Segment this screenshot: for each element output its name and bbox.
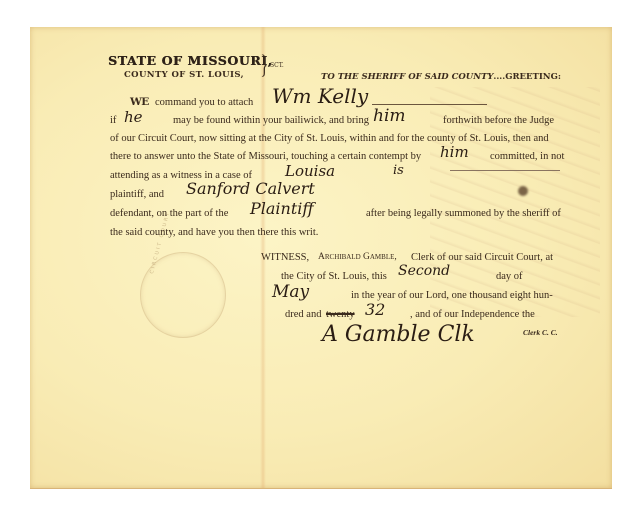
handwritten-plaintiff-name: Louisa xyxy=(285,162,335,180)
handwritten-pronoun-he: he xyxy=(124,108,143,126)
witness-line-4-end: , and of our Independence the xyxy=(410,309,535,320)
clerk-signature: A Gamble Clk xyxy=(322,322,475,347)
brace-glyph: } xyxy=(260,50,267,80)
clerk-title: Clerk C. C. xyxy=(523,328,558,337)
body-line-7: defendant, on the part of the xyxy=(110,208,228,219)
body-line-1: command you to attach xyxy=(155,97,253,108)
body-line-6: plaintiff, and xyxy=(110,189,164,200)
embossed-seal: CIRCUIT COURT xyxy=(140,252,226,338)
blank-line-2 xyxy=(450,170,560,171)
handwritten-defendant-name: Sanford Calvert xyxy=(186,179,315,198)
body-line-3: of our Circuit Court, now sitting at the… xyxy=(110,133,549,144)
handwritten-name: Wm Kelly xyxy=(272,84,368,108)
witness-line-1: Clerk of our said Circuit Court, at xyxy=(411,252,553,263)
handwritten-year: 32 xyxy=(365,300,385,319)
addressee-greeting: TO THE SHERIFF OF SAID COUNTY....GREETIN… xyxy=(321,72,561,82)
clerk-name: Archibald Gamble, xyxy=(318,252,397,262)
seal-text: CIRCUIT COURT xyxy=(149,210,172,274)
we-initial: WE xyxy=(130,96,149,108)
body-line-4: there to answer unto the State of Missou… xyxy=(110,151,421,162)
witness-line-2: the City of St. Louis, this xyxy=(281,271,387,282)
witness-label: WITNESS, xyxy=(261,252,309,263)
handwritten-is: is xyxy=(393,163,404,178)
handwritten-pronoun-him-2: him xyxy=(440,143,469,161)
body-if: if xyxy=(110,115,116,126)
body-line-2: may be found within your bailiwick, and … xyxy=(173,115,369,126)
greeting: ....GREETING: xyxy=(493,72,561,82)
body-line-4-end: committed, in not xyxy=(490,151,564,162)
handwritten-party: Plaintiff xyxy=(250,199,314,218)
addressee: TO THE SHERIFF OF SAID COUNTY xyxy=(321,72,493,82)
sct-label: SCT. xyxy=(270,62,284,69)
handwritten-pronoun-him: him xyxy=(373,106,406,126)
struck-word: twenty xyxy=(326,309,355,320)
witness-line-4: dred and xyxy=(285,309,321,320)
state-heading: STATE OF MISSOURI, xyxy=(108,53,273,68)
body-line-8: the said county, and have you then there… xyxy=(110,227,318,238)
witness-line-2-end: day of xyxy=(496,271,523,282)
body-line-2-end: forthwith before the Judge xyxy=(443,115,554,126)
handwritten-day: Second xyxy=(398,263,450,279)
ink-blot xyxy=(518,186,528,196)
blank-line-1 xyxy=(372,104,487,105)
handwritten-month: May xyxy=(272,282,309,302)
county-heading: COUNTY OF ST. LOUIS, xyxy=(124,70,244,80)
body-line-7-end: after being legally summoned by the sher… xyxy=(366,208,561,219)
